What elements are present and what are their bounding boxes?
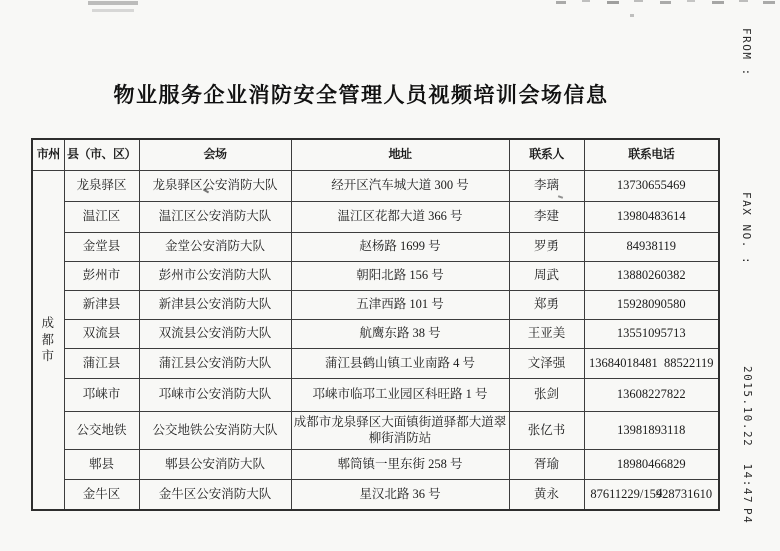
header-city: 市州 [32,139,64,170]
handwritten-annotation: 4 [655,487,663,500]
address-cell: 航鹰东路 38 号 [291,319,509,348]
address-cell: 蒲江县鹤山镇工业南路 4 号 [291,348,509,378]
venue-cell: 蒲江县公安消防大队 [139,348,291,378]
scan-smudge [88,1,138,5]
table-row: 公交地铁 公交地铁公安消防大队 成都市龙泉驿区大面镇街道驿都大道翠柳街消防站 张… [32,411,719,449]
contact-cell: 郑勇 [509,290,584,319]
contact-cell: 张亿书 [509,411,584,449]
county-cell: 龙泉驿区 [64,170,139,201]
scan-dash [660,1,671,4]
scan-dot [630,14,634,17]
scan-dash [556,1,566,4]
county-cell: 蒲江县 [64,348,139,378]
header-address: 地址 [291,139,509,170]
fax-timestamp: 2015.10.22 14:47 [741,366,754,504]
table-row: 温江区 温江区公安消防大队 温江区花都大道 366 号 李建 139804836… [32,201,719,232]
venue-cell: 金堂公安消防大队 [139,232,291,261]
contact-cell: 周武 [509,261,584,290]
contact-cell: 文泽强 [509,348,584,378]
venue-cell: 金牛区公安消防大队 [139,479,291,510]
venue-cell: 公交地铁公安消防大队 [139,411,291,449]
table-row: 新津县 新津县公安消防大队 五津西路 101 号 郑勇 15928090580 [32,290,719,319]
table-row: 彭州市 彭州市公安消防大队 朝阳北路 156 号 周武 13880260382 [32,261,719,290]
phone-cell: 87611229/15928731610 [584,479,719,510]
phone-cell: 13981893118 [584,411,719,449]
phone-cell: 13608227822 [584,378,719,411]
contact-cell: 王亚美 [509,319,584,348]
contact-cell: 罗勇 [509,232,584,261]
fax-page-number: P4 [741,508,754,524]
phone-cell: 13551095713 [584,319,719,348]
address-cell: 朝阳北路 156 号 [291,261,509,290]
contact-cell: 李璃 [509,170,584,201]
venue-cell: 邛崃市公安消防大队 [139,378,291,411]
venue-cell: 龙泉驿区公安消防大队 [139,170,291,201]
county-cell: 金牛区 [64,479,139,510]
county-cell: 邛崃市 [64,378,139,411]
city-group-cell: 成都市 [32,170,64,510]
scan-dash [739,0,748,2]
fax-from-label: FROM : [740,28,753,77]
phone-cell: 13880260382 [584,261,719,290]
county-cell: 郫县 [64,449,139,479]
address-cell: 五津西路 101 号 [291,290,509,319]
table-row: 邛崃市 邛崃市公安消防大队 邛崃市临邛工业园区科旺路 1 号 张剑 136082… [32,378,719,411]
venue-cell: 新津县公安消防大队 [139,290,291,319]
address-cell: 成都市龙泉驿区大面镇街道驿都大道翠柳街消防站 [291,411,509,449]
page-title: 物业服务企业消防安全管理人员视频培训会场信息 [31,79,691,109]
scan-smudge [92,9,134,12]
header-county: 县（市、区） [64,139,139,170]
contact-cell: 张剑 [509,378,584,411]
header-venue: 会场 [139,139,291,170]
phone-cell: 84938119 [584,232,719,261]
table-row: 金牛区 金牛区公安消防大队 星汉北路 36 号 黄永 87611229/1592… [32,479,719,510]
scan-dash [582,0,590,2]
venue-cell: 彭州市公安消防大队 [139,261,291,290]
contact-cell: 黄永 [509,479,584,510]
county-cell: 温江区 [64,201,139,232]
header-contact: 联系人 [509,139,584,170]
venue-cell: 温江区公安消防大队 [139,201,291,232]
county-cell: 公交地铁 [64,411,139,449]
phone-cell: 13730655469 [584,170,719,201]
venue-cell: 双流县公安消防大队 [139,319,291,348]
table-row: 郫县 郫县公安消防大队 郫筒镇一里东街 258 号 胥瑜 18980466829 [32,449,719,479]
county-cell: 彭州市 [64,261,139,290]
fax-number-label: FAX NO. : [740,192,753,265]
address-cell: 郫筒镇一里东街 258 号 [291,449,509,479]
address-cell: 邛崃市临邛工业园区科旺路 1 号 [291,378,509,411]
table-row: 蒲江县 蒲江县公安消防大队 蒲江县鹤山镇工业南路 4 号 文泽强 1368401… [32,348,719,378]
venue-cell: 郫县公安消防大队 [139,449,291,479]
county-cell: 新津县 [64,290,139,319]
phone-cell: 13980483614 [584,201,719,232]
county-cell: 双流县 [64,319,139,348]
scan-dash [687,0,695,2]
phone-cell: 15928090580 [584,290,719,319]
phone-cell: 13684018481 88522119 [584,348,719,378]
venues-table: 市州 县（市、区） 会场 地址 联系人 联系电话 成都市 龙泉驿区 龙泉驿区公安… [31,138,720,511]
address-cell: 温江区花都大道 366 号 [291,201,509,232]
table-header-row: 市州 县（市、区） 会场 地址 联系人 联系电话 [32,139,719,170]
scan-dash [607,1,619,4]
header-phone: 联系电话 [584,139,719,170]
address-cell: 经开区汽车城大道 300 号 [291,170,509,201]
contact-cell: 李建 [509,201,584,232]
table-row: 双流县 双流县公安消防大队 航鹰东路 38 号 王亚美 13551095713 [32,319,719,348]
county-cell: 金堂县 [64,232,139,261]
scan-dash [634,0,643,2]
address-cell: 赵杨路 1699 号 [291,232,509,261]
contact-cell: 胥瑜 [509,449,584,479]
table-row: 成都市 龙泉驿区 龙泉驿区公安消防大队 经开区汽车城大道 300 号 李璃 13… [32,170,719,201]
table-row: 金堂县 金堂公安消防大队 赵杨路 1699 号 罗勇 84938119 [32,232,719,261]
address-cell: 星汉北路 36 号 [291,479,509,510]
scan-dash [712,1,724,4]
scan-dash [763,1,775,4]
phone-cell: 18980466829 [584,449,719,479]
